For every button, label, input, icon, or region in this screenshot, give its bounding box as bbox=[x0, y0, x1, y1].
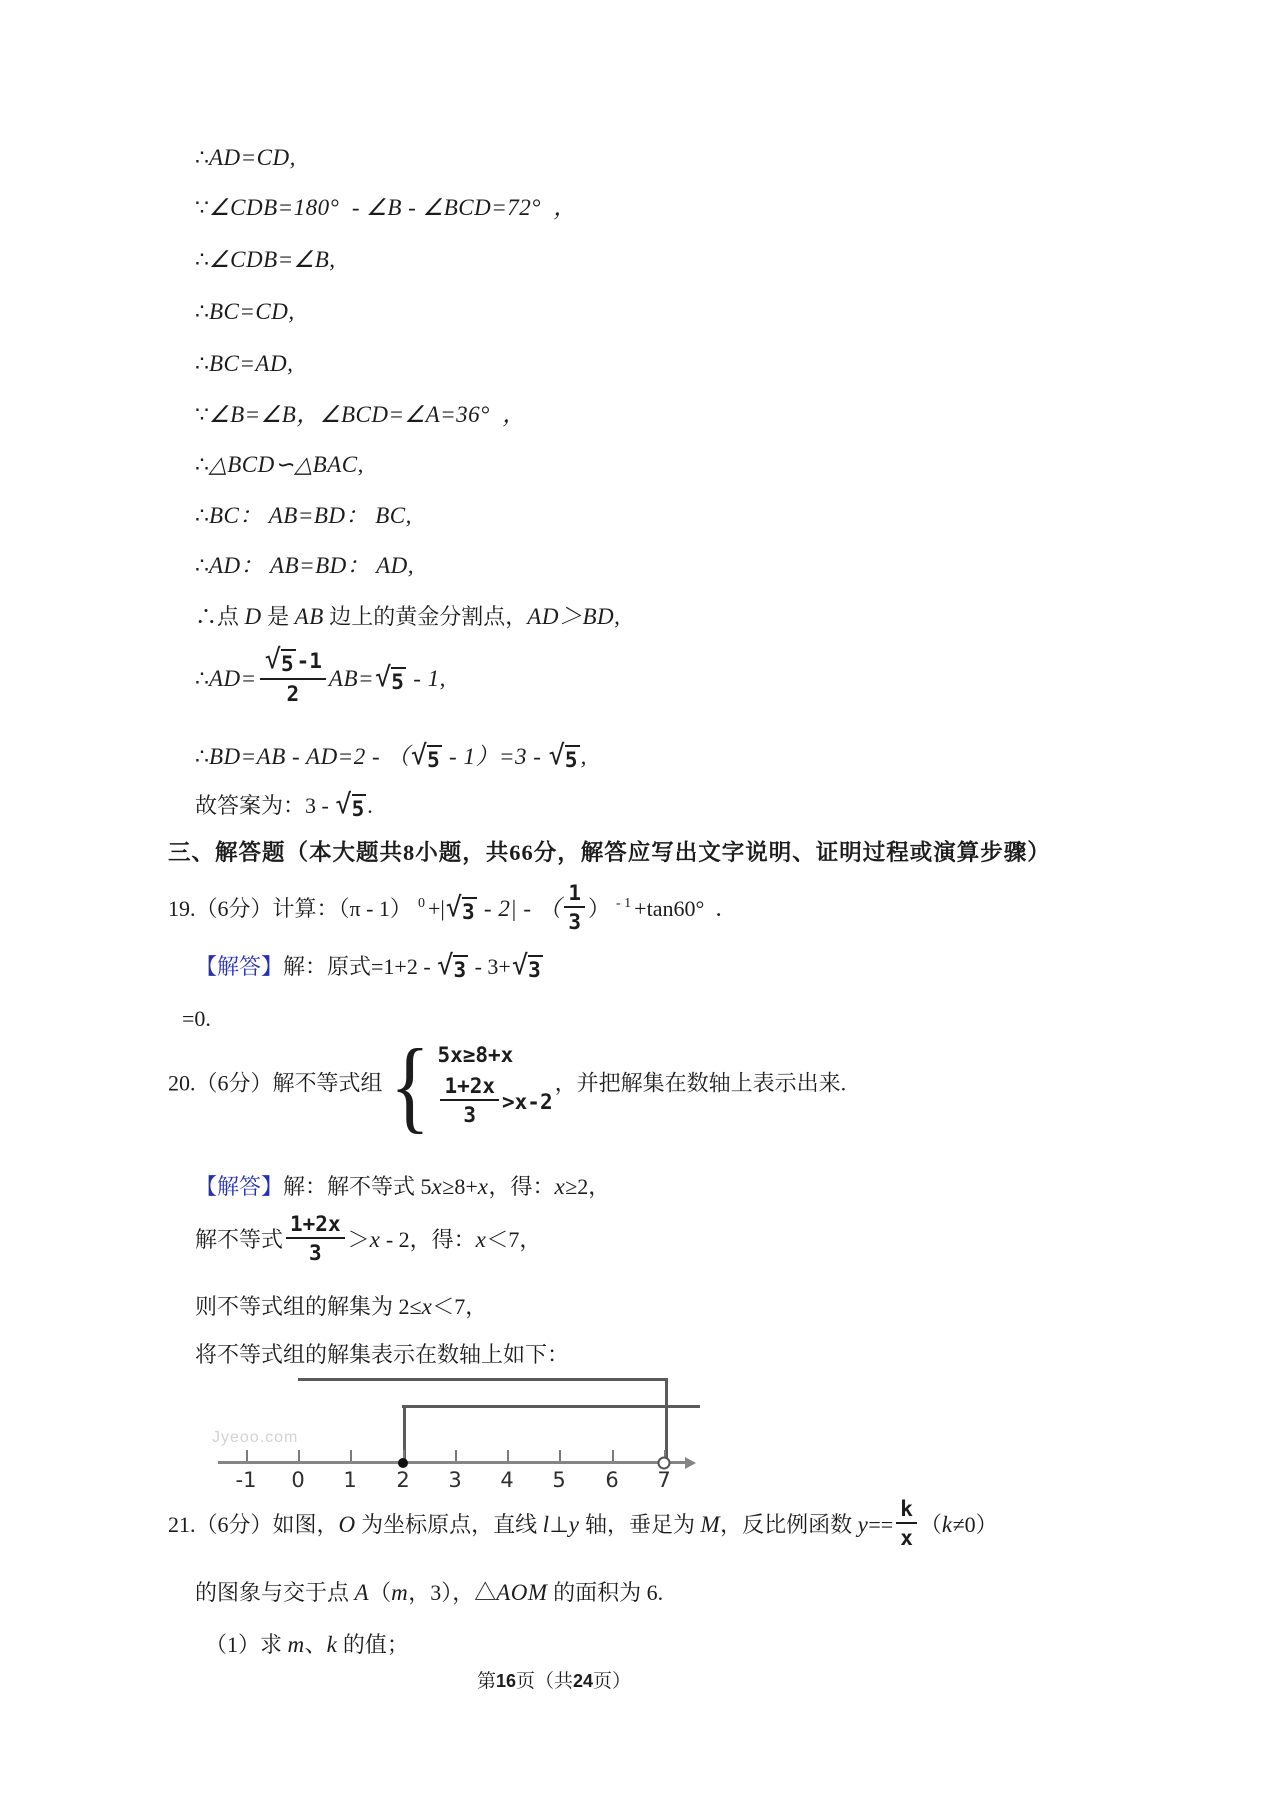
text-run: =0. bbox=[182, 1006, 211, 1031]
text-run: ，并把解集在数轴上表示出来. bbox=[555, 1070, 847, 1095]
math-run: k bbox=[942, 1512, 953, 1537]
math-run: AD＞BD, bbox=[527, 604, 620, 629]
footer-total-pages: 24 bbox=[573, 1671, 593, 1691]
text-run: 则不等式组的解集为 2≤ bbox=[195, 1294, 422, 1319]
math-run: x bbox=[554, 1174, 565, 1199]
math-run: D bbox=[245, 604, 262, 629]
proof-step-9: ∴AD： AB=BD： AD, bbox=[195, 551, 414, 581]
fraction-denominator: 2 bbox=[286, 680, 299, 706]
system-row: 1+2x3>x-2 bbox=[437, 1077, 552, 1130]
axis-tick bbox=[350, 1450, 352, 1461]
radicand: 3 bbox=[528, 955, 543, 983]
math-run: y bbox=[569, 1512, 580, 1537]
axis-arrow-icon bbox=[685, 1457, 696, 1469]
text-run: ∴ bbox=[195, 145, 209, 170]
axis-line bbox=[218, 1461, 686, 1464]
text-run: 20.（6分）解不等式组 bbox=[168, 1070, 383, 1095]
tick-label: 2 bbox=[396, 1468, 409, 1492]
footer-text: 页（共 bbox=[516, 1671, 573, 1692]
superscript: - 1 bbox=[616, 896, 631, 911]
problem-19: 19.（6分）计算：（π - 1）0+|√3 - 2| - （13）- 1+ta… bbox=[168, 884, 737, 937]
problem-21a: 21.（6分）如图，O 为坐标原点，直线 l⊥y 轴，垂足为 M，反比例函数 y… bbox=[168, 1500, 998, 1553]
sqrt-expression: √5 bbox=[411, 745, 442, 773]
tick-label: -1 bbox=[236, 1468, 257, 1492]
footer-page-number: 16 bbox=[496, 1671, 516, 1691]
text-run: 边上的黄金分割点， bbox=[324, 604, 528, 629]
text-run: ⊥ bbox=[550, 1512, 569, 1537]
axis-tick bbox=[455, 1450, 457, 1461]
fraction-numerator: 1+2x bbox=[286, 1212, 345, 1239]
formula-run: 3 bbox=[568, 910, 581, 934]
superscript: 0 bbox=[418, 896, 425, 911]
math-run: m bbox=[391, 1580, 408, 1605]
brace-icon: { bbox=[390, 1044, 430, 1127]
formula-run: 5x≥8+x bbox=[437, 1043, 513, 1067]
section-header: 三、解答题（本大题共8小题，共66分，解答应写出文字说明、证明过程或演算步骤） bbox=[168, 838, 1051, 868]
fraction-denominator: x bbox=[900, 1524, 913, 1550]
text-run: （ bbox=[369, 1580, 391, 1605]
axis-tick bbox=[298, 1450, 300, 1461]
formula-run: x bbox=[900, 1526, 913, 1550]
text-run: 将不等式组的解集表示在数轴上如下： bbox=[195, 1342, 569, 1367]
radical-icon: √ bbox=[512, 952, 528, 979]
formula-run: >x-2 bbox=[502, 1090, 553, 1114]
tick-label: 5 bbox=[552, 1468, 565, 1492]
radicand: 5 bbox=[565, 745, 580, 773]
radicand: 5 bbox=[427, 745, 442, 773]
sqrt-expression: √5 bbox=[375, 667, 406, 695]
solution-ray-upper-vertical bbox=[665, 1378, 668, 1461]
text-run: 为坐标原点，直线 bbox=[356, 1512, 543, 1537]
text-run: ∵ bbox=[195, 402, 209, 427]
text-run: ∵ bbox=[195, 195, 209, 220]
tick-label: 1 bbox=[343, 1468, 356, 1492]
radicand: 5 bbox=[391, 667, 406, 695]
proof-step-2: ∵∠CDB=180° - ∠B - ∠BCD=72° ， bbox=[195, 193, 577, 223]
math-run: y bbox=[858, 1512, 869, 1537]
fraction-denominator: 3 bbox=[463, 1101, 476, 1127]
solution-ray-lower bbox=[402, 1405, 700, 1408]
text-run: - 3+ bbox=[469, 954, 511, 979]
text-run: 轴，垂足为 bbox=[579, 1512, 700, 1537]
solution-ray-upper bbox=[298, 1378, 667, 1381]
radical-icon: √ bbox=[549, 742, 565, 769]
fraction-numerator: √5-1 bbox=[260, 649, 326, 680]
solution-20a: 【解答】解：解不等式 5x≥8+x，得：x≥2， bbox=[195, 1172, 610, 1202]
axis-tick bbox=[612, 1450, 614, 1461]
solution-20c: 则不等式组的解集为 2≤x＜7， bbox=[195, 1292, 487, 1322]
math-run: AB= bbox=[329, 666, 374, 691]
text-run: +tan60° ． bbox=[634, 896, 737, 921]
math-run: AOM bbox=[496, 1580, 547, 1605]
text-run: 的值； bbox=[337, 1632, 409, 1657]
math-run: BC=AD, bbox=[209, 351, 293, 376]
math-run: AD= bbox=[209, 666, 257, 691]
sqrt-expression: √5 bbox=[335, 794, 366, 822]
text-run: ＜7， bbox=[486, 1227, 541, 1252]
open-endpoint-circle bbox=[658, 1456, 671, 1469]
formula-run: 3 bbox=[309, 1241, 322, 1265]
radicand: 5 bbox=[352, 794, 367, 822]
text-run: 故答案为：3 - bbox=[195, 793, 334, 818]
math-run: AB bbox=[295, 604, 324, 629]
text-run: 、 bbox=[305, 1632, 327, 1657]
fraction-denominator: 3 bbox=[568, 908, 581, 934]
tick-label: 7 bbox=[657, 1468, 670, 1492]
text-run: ∴ bbox=[195, 351, 209, 376]
math-run: BC： AB=BD： BC, bbox=[209, 503, 412, 528]
math-run: AD： AB=BD： AD, bbox=[209, 553, 414, 578]
radicand: 3 bbox=[462, 897, 477, 925]
watermark: Jyeoo.com bbox=[212, 1429, 298, 1447]
text-run: ≠0） bbox=[953, 1512, 998, 1537]
text-run: ≥8+ bbox=[442, 1174, 477, 1199]
tick-label: 0 bbox=[291, 1468, 304, 1492]
text-run: 的图象与交于点 bbox=[195, 1580, 355, 1605]
math-run: x bbox=[370, 1227, 381, 1252]
text-run: （1）求 bbox=[205, 1632, 288, 1657]
page-footer: 第16页（共24页） bbox=[0, 1666, 1194, 1693]
math-run: , bbox=[581, 744, 587, 769]
math-run: ∠B=∠B，∠BCD=∠A=36° ， bbox=[209, 402, 526, 427]
math-run: △BCD∽△BAC, bbox=[209, 452, 364, 477]
math-run: - 1, bbox=[407, 666, 446, 691]
math-run: ∠CDB=∠B, bbox=[209, 247, 336, 272]
system-row: 5x≥8+x bbox=[437, 1040, 513, 1070]
axis-tick bbox=[246, 1450, 248, 1461]
text-run: ＞ bbox=[348, 1227, 370, 1252]
math-run: x bbox=[478, 1174, 489, 1199]
math-run: - 2| - （ bbox=[478, 896, 562, 921]
text-run: ∴ bbox=[195, 452, 209, 477]
text-run: ，得： bbox=[488, 1174, 554, 1199]
math-run: BD=AB - AD=2 - （ bbox=[209, 744, 410, 769]
math-run: - 1）=3 - bbox=[443, 744, 548, 769]
solution-19: 【解答】解：原式=1+2 - √3 - 3+√3 bbox=[195, 952, 544, 983]
radicand: 5 bbox=[281, 649, 296, 677]
sqrt-expression: √5 bbox=[549, 745, 580, 773]
radical-icon: √ bbox=[437, 952, 453, 979]
text-run: ∴ bbox=[195, 299, 209, 324]
text-run: ∴点 bbox=[195, 604, 245, 629]
radical-icon: √ bbox=[411, 742, 427, 769]
solution-20b: 解不等式1+2x3＞x - 2，得：x＜7， bbox=[195, 1215, 541, 1268]
math-run: x bbox=[432, 1174, 443, 1199]
fraction-numerator: 1+2x bbox=[440, 1074, 499, 1101]
closed-endpoint-dot bbox=[398, 1458, 408, 1468]
math-run: O bbox=[339, 1512, 356, 1537]
fraction: kx bbox=[896, 1497, 917, 1550]
sqrt-expression: √5 bbox=[265, 649, 296, 677]
radical-icon: √ bbox=[375, 664, 391, 691]
solution-20d: 将不等式组的解集表示在数轴上如下： bbox=[195, 1340, 569, 1370]
fraction-numerator: k bbox=[896, 1497, 917, 1524]
proof-step-12: ∴BD=AB - AD=2 - （√5 - 1）=3 - √5, bbox=[195, 742, 587, 773]
text-run: ∴ bbox=[195, 666, 209, 691]
formula-run: k bbox=[900, 1497, 913, 1521]
answer-line: 故答案为：3 - √5. bbox=[195, 791, 373, 822]
formula-run: 1+2x bbox=[290, 1212, 341, 1236]
number-line-figure: Jyeoo.com-101234567 bbox=[180, 1372, 752, 1504]
formula-run: -1 bbox=[297, 649, 322, 673]
fraction-numerator: 1 bbox=[564, 881, 585, 908]
text-run: ，反比例函数 bbox=[720, 1512, 858, 1537]
text-run: 解：原式=1+2 - bbox=[283, 954, 436, 979]
text-run: ，3），△ bbox=[408, 1580, 496, 1605]
formula-run: 1 bbox=[568, 881, 581, 905]
radicand: 3 bbox=[453, 955, 468, 983]
text-run: ∴ bbox=[195, 553, 209, 578]
formula-run: 3 bbox=[463, 1103, 476, 1127]
section-header-text: 三、解答题（本大题共8小题，共66分，解答应写出文字说明、证明过程或演算步骤） bbox=[168, 840, 1051, 865]
sqrt-expression: √3 bbox=[512, 955, 543, 983]
radical-icon: √ bbox=[446, 894, 462, 921]
fraction: √5-12 bbox=[260, 649, 326, 707]
proof-step-8: ∴BC： AB=BD： BC, bbox=[195, 501, 412, 531]
fraction: 1+2x3 bbox=[286, 1212, 345, 1265]
exam-answer-page: ∴AD=CD,∵∠CDB=180° - ∠B - ∠BCD=72° ，∴∠CDB… bbox=[0, 0, 1280, 1810]
text-run: ∴ bbox=[195, 247, 209, 272]
axis-tick bbox=[507, 1450, 509, 1461]
proof-step-11: ∴AD=√5-12AB=√5 - 1, bbox=[195, 652, 446, 710]
text-run: 19.（6分）计算：（π - 1） bbox=[168, 896, 412, 921]
tick-label: 3 bbox=[448, 1468, 461, 1492]
proof-step-1: ∴AD=CD, bbox=[195, 143, 296, 173]
math-run: l bbox=[543, 1512, 550, 1537]
text-run: ∴ bbox=[195, 503, 209, 528]
text-run: . bbox=[367, 793, 373, 818]
math-run: BC=CD, bbox=[209, 299, 295, 324]
system-rows: 5x≥8+x1+2x3>x-2 bbox=[437, 1040, 552, 1130]
radical-icon: √ bbox=[335, 791, 351, 818]
formula-run: 2 bbox=[286, 682, 299, 706]
tick-label: 6 bbox=[605, 1468, 618, 1492]
footer-text: 页） bbox=[593, 1671, 631, 1692]
text-run: - 2，得： bbox=[380, 1227, 475, 1252]
text-run: 是 bbox=[262, 604, 295, 629]
proof-step-3: ∴∠CDB=∠B, bbox=[195, 245, 336, 275]
problem-21c: （1）求 m、k 的值； bbox=[205, 1630, 409, 1660]
math-run: x bbox=[476, 1227, 487, 1252]
text-run: （ bbox=[920, 1512, 942, 1537]
proof-step-6: ∵∠B=∠B，∠BCD=∠A=36° ， bbox=[195, 400, 526, 430]
tick-label: 4 bbox=[500, 1468, 513, 1492]
proof-step-4: ∴BC=CD, bbox=[195, 297, 295, 327]
text-run: ∴ bbox=[195, 744, 209, 769]
fraction-denominator: 3 bbox=[309, 1239, 322, 1265]
math-run: A bbox=[355, 1580, 370, 1605]
text-run: +| bbox=[428, 896, 445, 921]
math-run: x bbox=[422, 1294, 433, 1319]
math-run: m bbox=[288, 1632, 305, 1657]
sqrt-expression: √3 bbox=[437, 955, 468, 983]
problem-20: 20.（6分）解不等式组{5x≥8+x1+2x3>x-2，并把解集在数轴上表示出… bbox=[168, 1040, 846, 1130]
math-run: k bbox=[327, 1632, 338, 1657]
answer-tag: 【解答】 bbox=[195, 954, 283, 979]
formula-run: 1+2x bbox=[444, 1074, 495, 1098]
text-run: 21.（6分）如图， bbox=[168, 1512, 339, 1537]
solution-19b: =0. bbox=[182, 1004, 211, 1034]
text-run: 解不等式 bbox=[195, 1227, 283, 1252]
sqrt-expression: √3 bbox=[446, 897, 477, 925]
fraction: 13 bbox=[564, 881, 585, 934]
inequality-system: {5x≥8+x1+2x3>x-2 bbox=[385, 1040, 553, 1130]
proof-step-7: ∴△BCD∽△BAC, bbox=[195, 450, 364, 480]
proof-step-10: ∴点 D 是 AB 边上的黄金分割点，AD＞BD, bbox=[195, 602, 620, 632]
math-run: AD=CD, bbox=[209, 145, 296, 170]
text-run: 解：解不等式 5 bbox=[283, 1174, 432, 1199]
math-run: M bbox=[700, 1512, 720, 1537]
problem-21b: 的图象与交于点 A（m，3），△AOM 的面积为 6. bbox=[195, 1578, 663, 1608]
proof-step-5: ∴BC=AD, bbox=[195, 349, 293, 379]
text-run: 的面积为 6. bbox=[548, 1580, 664, 1605]
footer-text: 第 bbox=[477, 1671, 496, 1692]
math-run: ∠CDB=180° - ∠B - ∠BCD=72° ， bbox=[209, 195, 577, 220]
fraction: 1+2x3 bbox=[440, 1074, 499, 1127]
text-run: ≥2， bbox=[565, 1174, 610, 1199]
text-run: ） bbox=[588, 896, 610, 921]
radical-icon: √ bbox=[265, 646, 281, 673]
answer-tag: 【解答】 bbox=[195, 1174, 283, 1199]
text-run: == bbox=[868, 1512, 893, 1537]
axis-tick bbox=[559, 1450, 561, 1461]
text-run: ＜7， bbox=[432, 1294, 487, 1319]
